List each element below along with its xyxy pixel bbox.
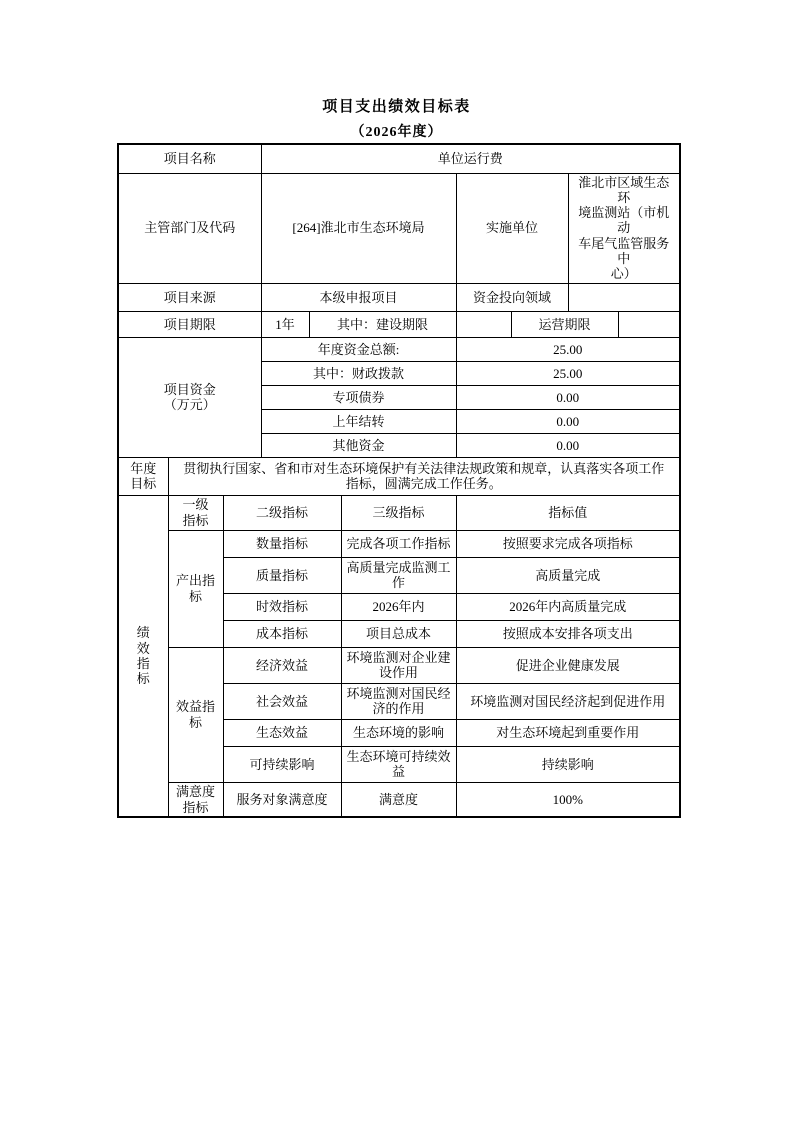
satisfaction-value: 100% bbox=[456, 782, 680, 817]
page-subtitle: （2026年度） bbox=[0, 121, 793, 141]
performance-target-table: 项目名称 单位运行费 主管部门及代码 [264]淮北市生态环境局 实施单位 淮北… bbox=[117, 143, 681, 818]
ecological-value: 对生态环境起到重要作用 bbox=[456, 719, 680, 746]
economic-level3: 环境监测对企业建 设作用 bbox=[341, 647, 456, 683]
impl-unit-label: 实施单位 bbox=[456, 173, 568, 283]
source-value: 本级申报项目 bbox=[261, 283, 456, 311]
period-label: 项目期限 bbox=[118, 311, 261, 337]
funding-area-value bbox=[568, 283, 680, 311]
quality-level3: 高质量完成监测工 作 bbox=[341, 557, 456, 593]
economic-level2: 经济效益 bbox=[223, 647, 341, 683]
economic-value: 促进企业健康发展 bbox=[456, 647, 680, 683]
group-benefit-label: 效益指 标 bbox=[168, 647, 223, 782]
row-indicator-quantity: 产出指 标 数量指标 完成各项工作指标 按照要求完成各项指标 bbox=[118, 530, 680, 557]
funds-other-value: 0.00 bbox=[456, 433, 680, 457]
oper-period-label: 运营期限 bbox=[511, 311, 618, 337]
satisfaction-level2: 服务对象满意度 bbox=[223, 782, 341, 817]
period-value: 1年 bbox=[261, 311, 309, 337]
row-period: 项目期限 1年 其中：建设期限 运营期限 bbox=[118, 311, 680, 337]
annual-goal-text: 贯彻执行国家、省和市对生态环境保护有关法律法规政策和规章，认真落实各项工作 指标… bbox=[168, 457, 680, 495]
funds-fiscal-value: 25.00 bbox=[456, 361, 680, 385]
indicators-section-label: 绩 效 指 标 bbox=[118, 495, 168, 817]
funds-other-label: 其他资金 bbox=[261, 433, 456, 457]
project-name-label: 项目名称 bbox=[118, 144, 261, 173]
quantity-level2: 数量指标 bbox=[223, 530, 341, 557]
row-department: 主管部门及代码 [264]淮北市生态环境局 实施单位 淮北市区域生态环 境监测站… bbox=[118, 173, 680, 283]
row-annual-goal: 年度 目标 贯彻执行国家、省和市对生态环境保护有关法律法规政策和规章，认真落实各… bbox=[118, 457, 680, 495]
build-period-label: 其中：建设期限 bbox=[309, 311, 456, 337]
header-level1: 一级 指标 bbox=[168, 495, 223, 530]
timeliness-level3: 2026年内 bbox=[341, 593, 456, 620]
timeliness-value: 2026年内高质量完成 bbox=[456, 593, 680, 620]
page-title: 项目支出绩效目标表 bbox=[0, 95, 793, 116]
build-period-value bbox=[456, 311, 511, 337]
quality-level2: 质量指标 bbox=[223, 557, 341, 593]
social-level2: 社会效益 bbox=[223, 683, 341, 719]
header-value: 指标值 bbox=[456, 495, 680, 530]
group-satisfaction-label: 满意度 指标 bbox=[168, 782, 223, 817]
funds-label: 项目资金 （万元） bbox=[118, 337, 261, 457]
funds-bond-value: 0.00 bbox=[456, 385, 680, 409]
cost-level3: 项目总成本 bbox=[341, 620, 456, 647]
row-project-name: 项目名称 单位运行费 bbox=[118, 144, 680, 173]
sustain-value: 持续影响 bbox=[456, 746, 680, 782]
funds-carryover-label: 上年结转 bbox=[261, 409, 456, 433]
group-output-label: 产出指 标 bbox=[168, 530, 223, 647]
department-label: 主管部门及代码 bbox=[118, 173, 261, 283]
row-indicator-satisfaction: 满意度 指标 服务对象满意度 满意度 100% bbox=[118, 782, 680, 817]
quality-value: 高质量完成 bbox=[456, 557, 680, 593]
funds-total-label: 年度资金总额: bbox=[261, 337, 456, 361]
header-level2: 二级指标 bbox=[223, 495, 341, 530]
quantity-level3: 完成各项工作指标 bbox=[341, 530, 456, 557]
funds-bond-label: 专项债券 bbox=[261, 385, 456, 409]
social-level3: 环境监测对国民经 济的作用 bbox=[341, 683, 456, 719]
row-funds-total: 项目资金 （万元） 年度资金总额: 25.00 bbox=[118, 337, 680, 361]
impl-unit-value: 淮北市区域生态环 境监测站（市机动 车尾气监管服务中 心） bbox=[568, 173, 680, 283]
sustain-level3: 生态环境可持续效 益 bbox=[341, 746, 456, 782]
source-label: 项目来源 bbox=[118, 283, 261, 311]
row-source: 项目来源 本级申报项目 资金投向领域 bbox=[118, 283, 680, 311]
cost-value: 按照成本安排各项支出 bbox=[456, 620, 680, 647]
timeliness-level2: 时效指标 bbox=[223, 593, 341, 620]
ecological-level3: 生态环境的影响 bbox=[341, 719, 456, 746]
quantity-value: 按照要求完成各项指标 bbox=[456, 530, 680, 557]
social-value: 环境监测对国民经济起到促进作用 bbox=[456, 683, 680, 719]
funds-fiscal-label: 其中：财政拨款 bbox=[261, 361, 456, 385]
annual-goal-label: 年度 目标 bbox=[118, 457, 168, 495]
row-indicator-header: 绩 效 指 标 一级 指标 二级指标 三级指标 指标值 bbox=[118, 495, 680, 530]
funds-carryover-value: 0.00 bbox=[456, 409, 680, 433]
funds-total-value: 25.00 bbox=[456, 337, 680, 361]
funding-area-label: 资金投向领域 bbox=[456, 283, 568, 311]
ecological-level2: 生态效益 bbox=[223, 719, 341, 746]
row-indicator-economic: 效益指 标 经济效益 环境监测对企业建 设作用 促进企业健康发展 bbox=[118, 647, 680, 683]
document-page: 项目支出绩效目标表 （2026年度） 项目名称 单位运行费 主管部门及代码 [2… bbox=[0, 0, 793, 1122]
department-value: [264]淮北市生态环境局 bbox=[261, 173, 456, 283]
project-name-value: 单位运行费 bbox=[261, 144, 680, 173]
cost-level2: 成本指标 bbox=[223, 620, 341, 647]
oper-period-value bbox=[618, 311, 680, 337]
sustain-level2: 可持续影响 bbox=[223, 746, 341, 782]
header-level3: 三级指标 bbox=[341, 495, 456, 530]
satisfaction-level3: 满意度 bbox=[341, 782, 456, 817]
